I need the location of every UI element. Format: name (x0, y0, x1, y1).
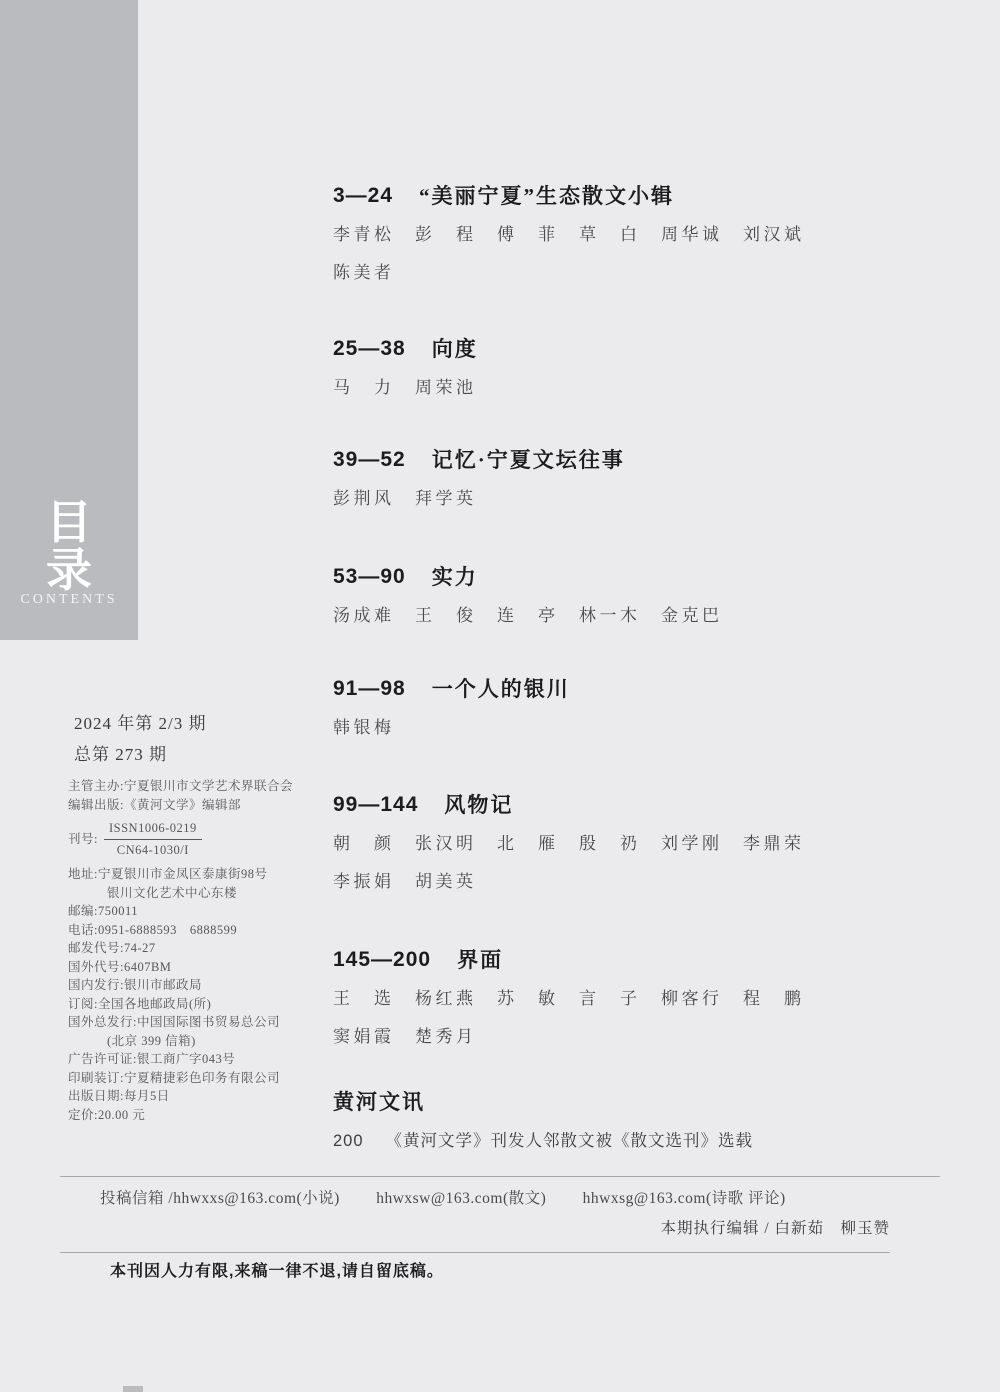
submission-notice: 本刊因人力有限,来稿一律不退,请自留底稿。 (110, 1258, 444, 1281)
toc-section: 53—90 实力 汤成难 王 俊 连 亭 林一木 金克巴 (333, 558, 973, 635)
pub-info-line: 地址:宁夏银川市金凤区泰康街98号 (68, 865, 338, 884)
footer-divider-bottom (60, 1252, 890, 1253)
page-range: 53—90 (333, 558, 406, 597)
pub-info-line: 银川文化艺术中心东楼 (68, 884, 338, 903)
author-line: 彭荆风 拜学英 (333, 480, 973, 519)
toc-section: 39—52 记忆·宁夏文坛往事 彭荆风 拜学英 (333, 441, 973, 518)
pub-info-line: 邮编:750011 (68, 902, 338, 921)
issn-label: 刊号: (68, 830, 98, 849)
toc-section-heading: 91—98 一个人的银川 (333, 670, 973, 709)
page-range: 25—38 (333, 330, 406, 369)
publication-info: 主管主办:宁夏银川市文学艺术界联合会 编辑出版:《黄河文学》编辑部 刊号: IS… (68, 777, 338, 1124)
contents-en-label: CONTENTS (0, 592, 138, 608)
author-line: 朝 颜 张汉明 北 雁 殷 礽 刘学刚 李鼎荣 (333, 825, 973, 864)
pub-info-line: 国内发行:银川市邮政局 (68, 976, 338, 995)
section-title: 风物记 (444, 786, 513, 825)
toc-section-heading: 25—38 向度 (333, 330, 973, 369)
toc-section-heading: 39—52 记忆·宁夏文坛往事 (333, 441, 973, 480)
section-title: “美丽宁夏”生态散文小辑 (419, 177, 674, 216)
submission-genre: (散文) (503, 1190, 546, 1207)
issue-line-1: 2024 年第 2/3 期 (74, 708, 206, 739)
submission-genre: (诗歌 评论) (706, 1190, 786, 1207)
toc-section: 145—200 界面 王 选 杨红燕 苏 敏 言 子 柳客行 程 鹏 窦娟霞 楚… (333, 941, 973, 1057)
footer-divider-top (60, 1176, 940, 1177)
submission-email: hhwxsg@163.com (583, 1190, 706, 1207)
page-edge-mark (123, 1386, 143, 1392)
section-title: 黄河文讯 (333, 1083, 425, 1122)
pub-info-line: 国外总发行:中国国际图书贸易总公司 (68, 1013, 338, 1032)
contents-cn-char-2: 录 (0, 548, 138, 594)
news-item: 200《黄河文学》刊发人邻散文被《散文选刊》选载 (333, 1122, 973, 1161)
author-line: 王 选 杨红燕 苏 敏 言 子 柳客行 程 鹏 (333, 980, 973, 1019)
toc-section: 99—144 风物记 朝 颜 张汉明 北 雁 殷 礽 刘学刚 李鼎荣 李振娟 胡… (333, 786, 973, 902)
toc-section: 3—24 “美丽宁夏”生态散文小辑 李青松 彭 程 傅 菲 草 白 周华诚 刘汉… (333, 177, 973, 293)
author-line: 陈美者 (333, 254, 973, 293)
pub-info-line: 国外代号:6407BM (68, 958, 338, 977)
issn-block: 刊号: ISSN1006-0219 CN64-1030/I (68, 819, 338, 859)
issn-stack: ISSN1006-0219 CN64-1030/I (104, 819, 202, 859)
pub-info-line: 编辑出版:《黄河文学》编辑部 (68, 796, 338, 815)
issn-number: ISSN1006-0219 (104, 819, 202, 840)
toc-section-news: 黄河文讯 200《黄河文学》刊发人邻散文被《散文选刊》选载 (333, 1083, 973, 1160)
pub-info-line: 定价:20.00 元 (68, 1106, 338, 1125)
author-line: 马 力 周荣池 (333, 369, 973, 408)
submission-group: hhwxsg@163.com(诗歌 评论) (583, 1190, 786, 1207)
author-line: 韩银梅 (333, 709, 973, 748)
author-line: 汤成难 王 俊 连 亭 林一木 金克巴 (333, 597, 973, 636)
author-line: 李青松 彭 程 傅 菲 草 白 周华诚 刘汉斌 (333, 216, 973, 255)
submission-group: 投稿信箱 /hhwxxs@163.com(小说) (100, 1190, 344, 1207)
toc-section-heading: 3—24 “美丽宁夏”生态散文小辑 (333, 177, 973, 216)
pub-info-line: 订阅:全国各地邮政局(所) (68, 995, 338, 1014)
executive-editor-line: 本期执行编辑 / 白新茹 柳玉赞 (60, 1216, 890, 1238)
news-page-number: 200 (333, 1132, 364, 1150)
pub-info-line: 主管主办:宁夏银川市文学艺术界联合会 (68, 777, 338, 796)
page-range: 3—24 (333, 177, 393, 216)
page-range: 99—144 (333, 786, 418, 825)
toc-section: 25—38 向度 马 力 周荣池 (333, 330, 973, 407)
contents-cn-char-1: 目 (0, 500, 138, 546)
section-title: 一个人的银川 (432, 670, 570, 709)
pub-info-line: 出版日期:每月5日 (68, 1087, 338, 1106)
submission-group: hhwxsw@163.com(散文) (376, 1190, 550, 1207)
author-line: 李振娟 胡美英 (333, 863, 973, 902)
page-range: 39—52 (333, 441, 406, 480)
submission-label: 投稿信箱 / (100, 1190, 173, 1207)
cn-number: CN64-1030/I (104, 840, 202, 860)
news-item-text: 《黄河文学》刊发人邻散文被《散文选刊》选载 (386, 1132, 754, 1150)
pub-info-line: 印刷装订:宁夏精捷彩色印务有限公司 (68, 1069, 338, 1088)
pub-info-line: 电话:0951-6888593 6888599 (68, 921, 338, 940)
author-line: 窦娟霞 楚秀月 (333, 1018, 973, 1057)
submission-email: hhwxxs@163.com (173, 1190, 296, 1207)
toc-section: 91—98 一个人的银川 韩银梅 (333, 670, 973, 747)
submission-email: hhwxsw@163.com (376, 1190, 503, 1207)
toc-section-heading: 145—200 界面 (333, 941, 973, 980)
section-title: 界面 (457, 941, 503, 980)
section-title: 向度 (432, 330, 478, 369)
section-title: 实力 (432, 558, 478, 597)
submission-email-line: 投稿信箱 /hhwxxs@163.com(小说) hhwxsw@163.com(… (100, 1186, 940, 1208)
page-range: 145—200 (333, 941, 431, 980)
section-title: 记忆·宁夏文坛往事 (432, 441, 625, 480)
toc-section-heading: 99—144 风物记 (333, 786, 973, 825)
pub-info-line: 广告许可证:银工商广字043号 (68, 1050, 338, 1069)
page-range: 91—98 (333, 670, 406, 709)
issue-line-2: 总第 273 期 (74, 739, 206, 770)
toc-section-heading: 53—90 实力 (333, 558, 973, 597)
pub-info-line: (北京 399 信箱) (68, 1032, 338, 1051)
issue-info: 2024 年第 2/3 期 总第 273 期 (74, 708, 206, 770)
submission-genre: (小说) (297, 1190, 340, 1207)
toc-section-heading: 黄河文讯 (333, 1083, 973, 1122)
pub-info-line: 邮发代号:74-27 (68, 939, 338, 958)
